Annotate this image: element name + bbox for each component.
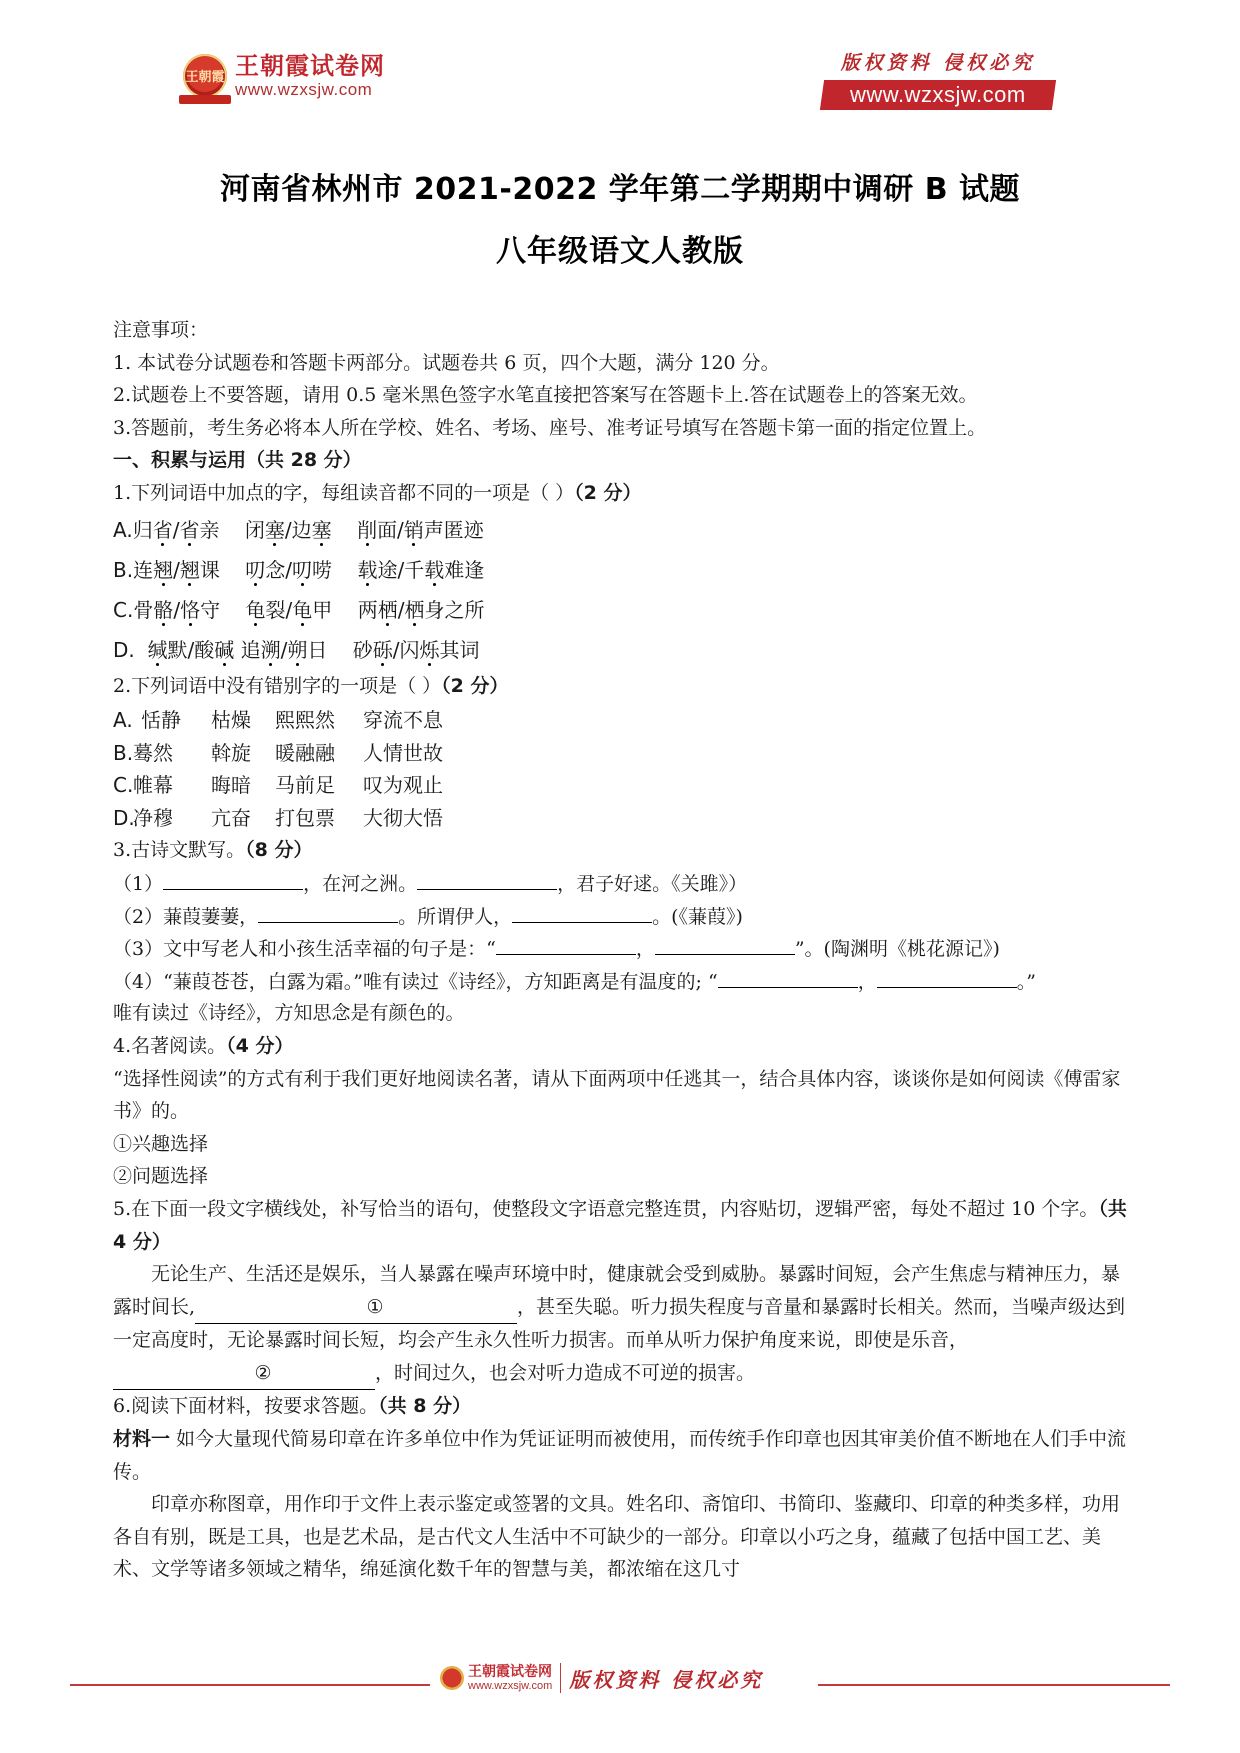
- answer-blank[interactable]: [163, 867, 303, 890]
- exam-content: 注意事项： 1. 本试卷分试题卷和答题卡两部分。试题卷共 6 页，四个大题，满分…: [113, 314, 1135, 702]
- note-item: 2.试题卷上不要答题，请用 0.5 毫米黑色签字水笔直接把答案写在答题卡上.答在…: [113, 379, 1135, 412]
- footer-brand-url: www.wzxsjw.com: [468, 1680, 552, 1692]
- footer-rule-left: [70, 1684, 430, 1686]
- question-1-stem: 1.下列词语中加点的字，每组读音都不同的一项是（ ）（2 分）: [113, 477, 1135, 510]
- page-footer: 王朝霞试卷网 www.wzxsjw.com 版权资料 侵权必究: [70, 1663, 1170, 1703]
- question-5-stem: 5.在下面一段文字横线处，补写恰当的语句，使整段文字语意完整连贯，内容贴切，逻辑…: [113, 1193, 1135, 1258]
- footer-brand-name: 王朝霞试卷网: [468, 1664, 552, 1680]
- q3-item-4-cont: 唯有读过《诗经》，方知思念是有颜色的。: [113, 997, 1135, 1030]
- answer-blank[interactable]: [258, 900, 398, 923]
- q6-paragraph: 印章亦称图章，用作印于文件上表示鉴定或签署的文具。姓名印、斋馆印、书简印、鉴藏印…: [113, 1488, 1135, 1586]
- copyright-url-bar: www.wzxsjw.com: [820, 80, 1056, 110]
- q4-choice: ①兴趣选择: [113, 1128, 1135, 1161]
- note-item: 1. 本试卷分试题卷和答题卡两部分。试题卷共 6 页，四个大题，满分 120 分…: [113, 347, 1135, 380]
- ribbon-decoration: [179, 95, 231, 104]
- medal-logo-icon: 王朝霞: [183, 54, 227, 98]
- note-item: 3.答题前，考生务必将本人所在学校、姓名、考场、座号、准考证号填写在答题卡第一面…: [113, 412, 1135, 445]
- answer-blank[interactable]: [496, 932, 636, 955]
- footer-rule-right: [818, 1684, 1170, 1686]
- question-2-stem: 2.下列词语中没有错别字的一项是（ ）（2 分）: [113, 670, 1135, 703]
- q4-choice: ②问题选择: [113, 1160, 1135, 1193]
- exam-subtitle: 八年级语文人教版: [0, 226, 1240, 270]
- medal-logo-icon: [440, 1666, 464, 1690]
- footer-divider: [560, 1663, 561, 1693]
- site-logo: 王朝霞 王朝霞试卷网 www.wzxsjw.com: [183, 52, 385, 100]
- q1-option-c: C.骨骼/恪守 龟裂/龟甲 两栖/栖身之所: [113, 590, 1135, 630]
- brand-url: www.wzxsjw.com: [235, 80, 385, 100]
- brand-name: 王朝霞试卷网: [235, 52, 385, 80]
- section-heading: 一、积累与运用（共 28 分）: [113, 444, 1135, 477]
- answer-blank[interactable]: [417, 867, 557, 890]
- notes-heading: 注意事项：: [113, 314, 1135, 347]
- footer-copyright: 版权资料 侵权必究: [569, 1664, 763, 1693]
- answer-blank[interactable]: [877, 965, 1017, 988]
- q3-item-1: （1），在河之洲。，君子好逑。《关雎》）: [113, 867, 1135, 900]
- q2-options: A. 恬静枯燥熙熙然穿流不息 B.蓦然斡旋暖融融人情世故 C.帷幕晦暗马前足叹为…: [113, 704, 1135, 1586]
- q1-option-b: B.连翘/翘课 叨念/叨唠 载途/千载难逢: [113, 550, 1135, 590]
- q2-option-d: D.净穆亢奋打包票大彻大悟: [113, 802, 1135, 835]
- exam-title: 河南省林州市 2021-2022 学年第二学期期中调研 B 试题: [0, 164, 1240, 208]
- question-4-stem: 4.名著阅读。（4 分）: [113, 1030, 1135, 1063]
- q1-option-d: D. 缄默/酸碱 追溯/朔日 砂砾/闪烁其词: [113, 630, 1135, 670]
- q5-paragraph: 无论生产、生活还是娱乐，当人暴露在噪声环境中时，健康就会受到威胁。暴露时间短，会…: [113, 1258, 1135, 1390]
- q4-text: “选择性阅读”的方式有利于我们更好地阅读名著，请从下面两项中任逃其一，结合具体内…: [113, 1063, 1135, 1128]
- question-6-stem: 6.阅读下面材料，按要求答题。（共 8 分）: [113, 1390, 1135, 1423]
- q3-item-4: （4）“蒹葭苍苍，白露为霜。”唯有读过《诗经》，方知距离是有温度的; “，。”: [113, 965, 1135, 998]
- copyright-banner: 版权资料 侵权必究 www.wzxsjw.com: [822, 50, 1054, 110]
- answer-blank[interactable]: [655, 932, 795, 955]
- q1-option-a: A.归省/省亲 闭塞/边塞 削面/销声匿迹: [113, 510, 1135, 550]
- answer-blank-1[interactable]: ①: [195, 1291, 517, 1325]
- q6-material-1: 材料一 如今大量现代简易印章在许多单位中作为凭证证明而被使用，而传统手作印章也因…: [113, 1423, 1135, 1488]
- question-3-stem: 3.古诗文默写。（8 分）: [113, 834, 1135, 867]
- q3-item-2: （2）蒹葭萋萋，。所谓伊人，。(《蒹葭》): [113, 900, 1135, 933]
- q2-option-c: C.帷幕晦暗马前足叹为观止: [113, 769, 1135, 802]
- q2-option-a: A. 恬静枯燥熙熙然穿流不息: [113, 704, 1135, 737]
- q3-item-3: （3）文中写老人和小孩生活幸福的句子是：“，”。(陶渊明《桃花源记》): [113, 932, 1135, 965]
- answer-blank[interactable]: [718, 965, 858, 988]
- q2-option-b: B.蓦然斡旋暖融融人情世故: [113, 737, 1135, 770]
- answer-blank[interactable]: [512, 900, 652, 923]
- answer-blank-2[interactable]: ②: [113, 1357, 375, 1391]
- copyright-text: 版权资料 侵权必究: [822, 50, 1054, 76]
